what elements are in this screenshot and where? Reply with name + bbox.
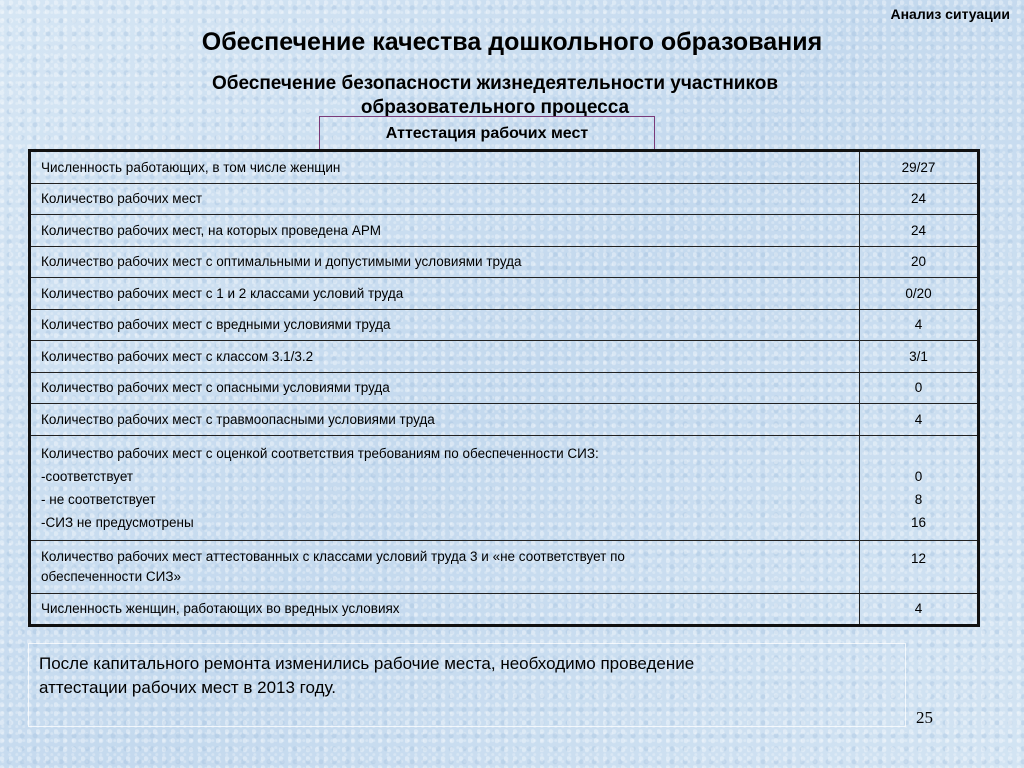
row-value: 0/20 xyxy=(860,278,979,310)
attestation-table: Численность работающих, в том числе женщ… xyxy=(28,149,980,627)
row-value: 3/1 xyxy=(860,341,979,373)
row-value: 4 xyxy=(860,593,979,626)
siz-item-label: -СИЗ не предусмотрены xyxy=(41,511,849,534)
page-number: 25 xyxy=(916,708,933,728)
row-label-line-1: Количество рабочих мест аттестованных с … xyxy=(41,547,849,567)
table-row-attested: Количество рабочих мест аттестованных с … xyxy=(30,540,979,593)
row-value: 4 xyxy=(860,404,979,436)
page-title: Обеспечение качества дошкольного образов… xyxy=(0,28,1024,57)
row-label: Количество рабочих мест xyxy=(30,183,860,215)
page-subtitle: Обеспечение безопасности жизнедеятельнос… xyxy=(0,72,990,120)
row-value: 0 xyxy=(860,372,979,404)
row-label: Количество рабочих мест с 1 и 2 классами… xyxy=(30,278,860,310)
table-row: Количество рабочих мест с опасными услов… xyxy=(30,372,979,404)
row-value: 24 xyxy=(860,183,979,215)
siz-item-value: 8 xyxy=(860,488,977,511)
row-label: Количество рабочих мест с оптимальными и… xyxy=(30,246,860,278)
row-label: Количество рабочих мест, на которых пров… xyxy=(30,215,860,247)
row-value: 12 xyxy=(860,540,979,593)
row-value: 4 xyxy=(860,309,979,341)
row-label: Численность женщин, работающих во вредны… xyxy=(30,593,860,626)
table-row-siz: Количество рабочих мест с оценкой соотве… xyxy=(30,435,979,540)
siz-item-value: 16 xyxy=(860,511,977,534)
table-row: Количество рабочих мест с классом 3.1/3.… xyxy=(30,341,979,373)
table-row: Количество рабочих мест с вредными услов… xyxy=(30,309,979,341)
table-row-women: Численность женщин, работающих во вредны… xyxy=(30,593,979,626)
row-label: Количество рабочих мест с оценкой соотве… xyxy=(30,435,860,540)
row-value: 29/27 xyxy=(860,151,979,184)
conclusion-note: После капитального ремонта изменились ра… xyxy=(28,643,906,727)
note-line-2: аттестации рабочих мест в 2013 году. xyxy=(39,676,895,700)
row-value: 24 xyxy=(860,215,979,247)
subtitle-line-1: Обеспечение безопасности жизнедеятельнос… xyxy=(0,72,990,96)
siz-item-value: 0 xyxy=(860,465,977,488)
table-row: Численность работающих, в том числе женщ… xyxy=(30,151,979,184)
table-row: Количество рабочих мест, на которых пров… xyxy=(30,215,979,247)
row-label: Количество рабочих мест аттестованных с … xyxy=(30,540,860,593)
row-value: 0 8 16 xyxy=(860,435,979,540)
row-label: Количество рабочих мест с опасными услов… xyxy=(30,372,860,404)
siz-item-label: -соответствует xyxy=(41,465,849,488)
table-row: Количество рабочих мест с травмоопасными… xyxy=(30,404,979,436)
row-label: Количество рабочих мест с классом 3.1/3.… xyxy=(30,341,860,373)
row-label: Численность работающих, в том числе женщ… xyxy=(30,151,860,184)
siz-heading: Количество рабочих мест с оценкой соотве… xyxy=(41,442,849,465)
row-label: Количество рабочих мест с травмоопасными… xyxy=(30,404,860,436)
row-value: 20 xyxy=(860,246,979,278)
table-row: Количество рабочих мест с 1 и 2 классами… xyxy=(30,278,979,310)
row-label: Количество рабочих мест с вредными услов… xyxy=(30,309,860,341)
note-line-1: После капитального ремонта изменились ра… xyxy=(39,652,895,676)
table-row: Количество рабочих мест 24 xyxy=(30,183,979,215)
section-label: Анализ ситуации xyxy=(890,6,1010,22)
section-heading: Аттестация рабочих мест xyxy=(319,116,655,151)
siz-item-label: - не соответствует xyxy=(41,488,849,511)
table-row: Количество рабочих мест с оптимальными и… xyxy=(30,246,979,278)
row-label-line-2: обеспеченности СИЗ» xyxy=(41,567,849,587)
